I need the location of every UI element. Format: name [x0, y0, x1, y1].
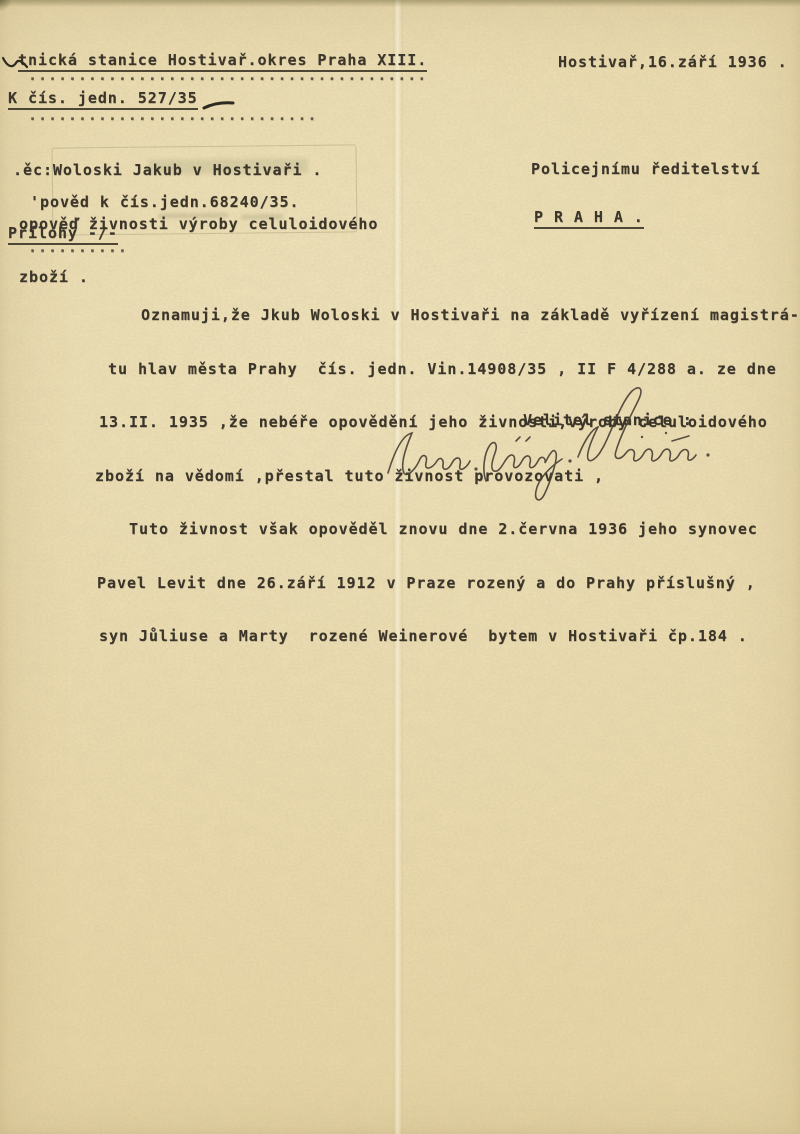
typed-dots-row: .......... — [28, 238, 128, 256]
body-line: tu hlav města Prahy čís. jedn. Vin.14908… — [93, 361, 800, 379]
recipient-office-line: Policejnímu ředitelství — [531, 160, 761, 178]
corner-dark-mark — [0, 0, 12, 12]
typed-dots-row: ........................................ — [28, 66, 427, 84]
recipient-city-line: P R A H A . — [534, 208, 644, 229]
body-line: Pavel Levit dne 26.září 1912 v Praze roz… — [93, 575, 800, 593]
typed-dots-row: ............................. — [28, 106, 317, 124]
signature-handwriting — [340, 383, 770, 528]
top-edge-shadow — [0, 0, 800, 7]
handwritten-dash-icon — [202, 96, 236, 112]
place-date-line: Hostivař,16.září 1936 . — [558, 53, 788, 71]
body-line: syn Jůliuse a Marty rozené Weinerové byt… — [93, 628, 800, 646]
handwritten-checkmark-icon — [2, 54, 28, 72]
subject-line: .ěc:Woloski Jakub v Hostivaři . — [13, 162, 378, 180]
reference-note-line: 'pověd k čís.jedn.68240/35. — [30, 193, 299, 211]
body-line: Oznamuji,že Jkub Woloski v Hostivaři na … — [93, 307, 800, 325]
document-page: tnická stanice Hostivař.okres Praha XIII… — [0, 0, 800, 1134]
